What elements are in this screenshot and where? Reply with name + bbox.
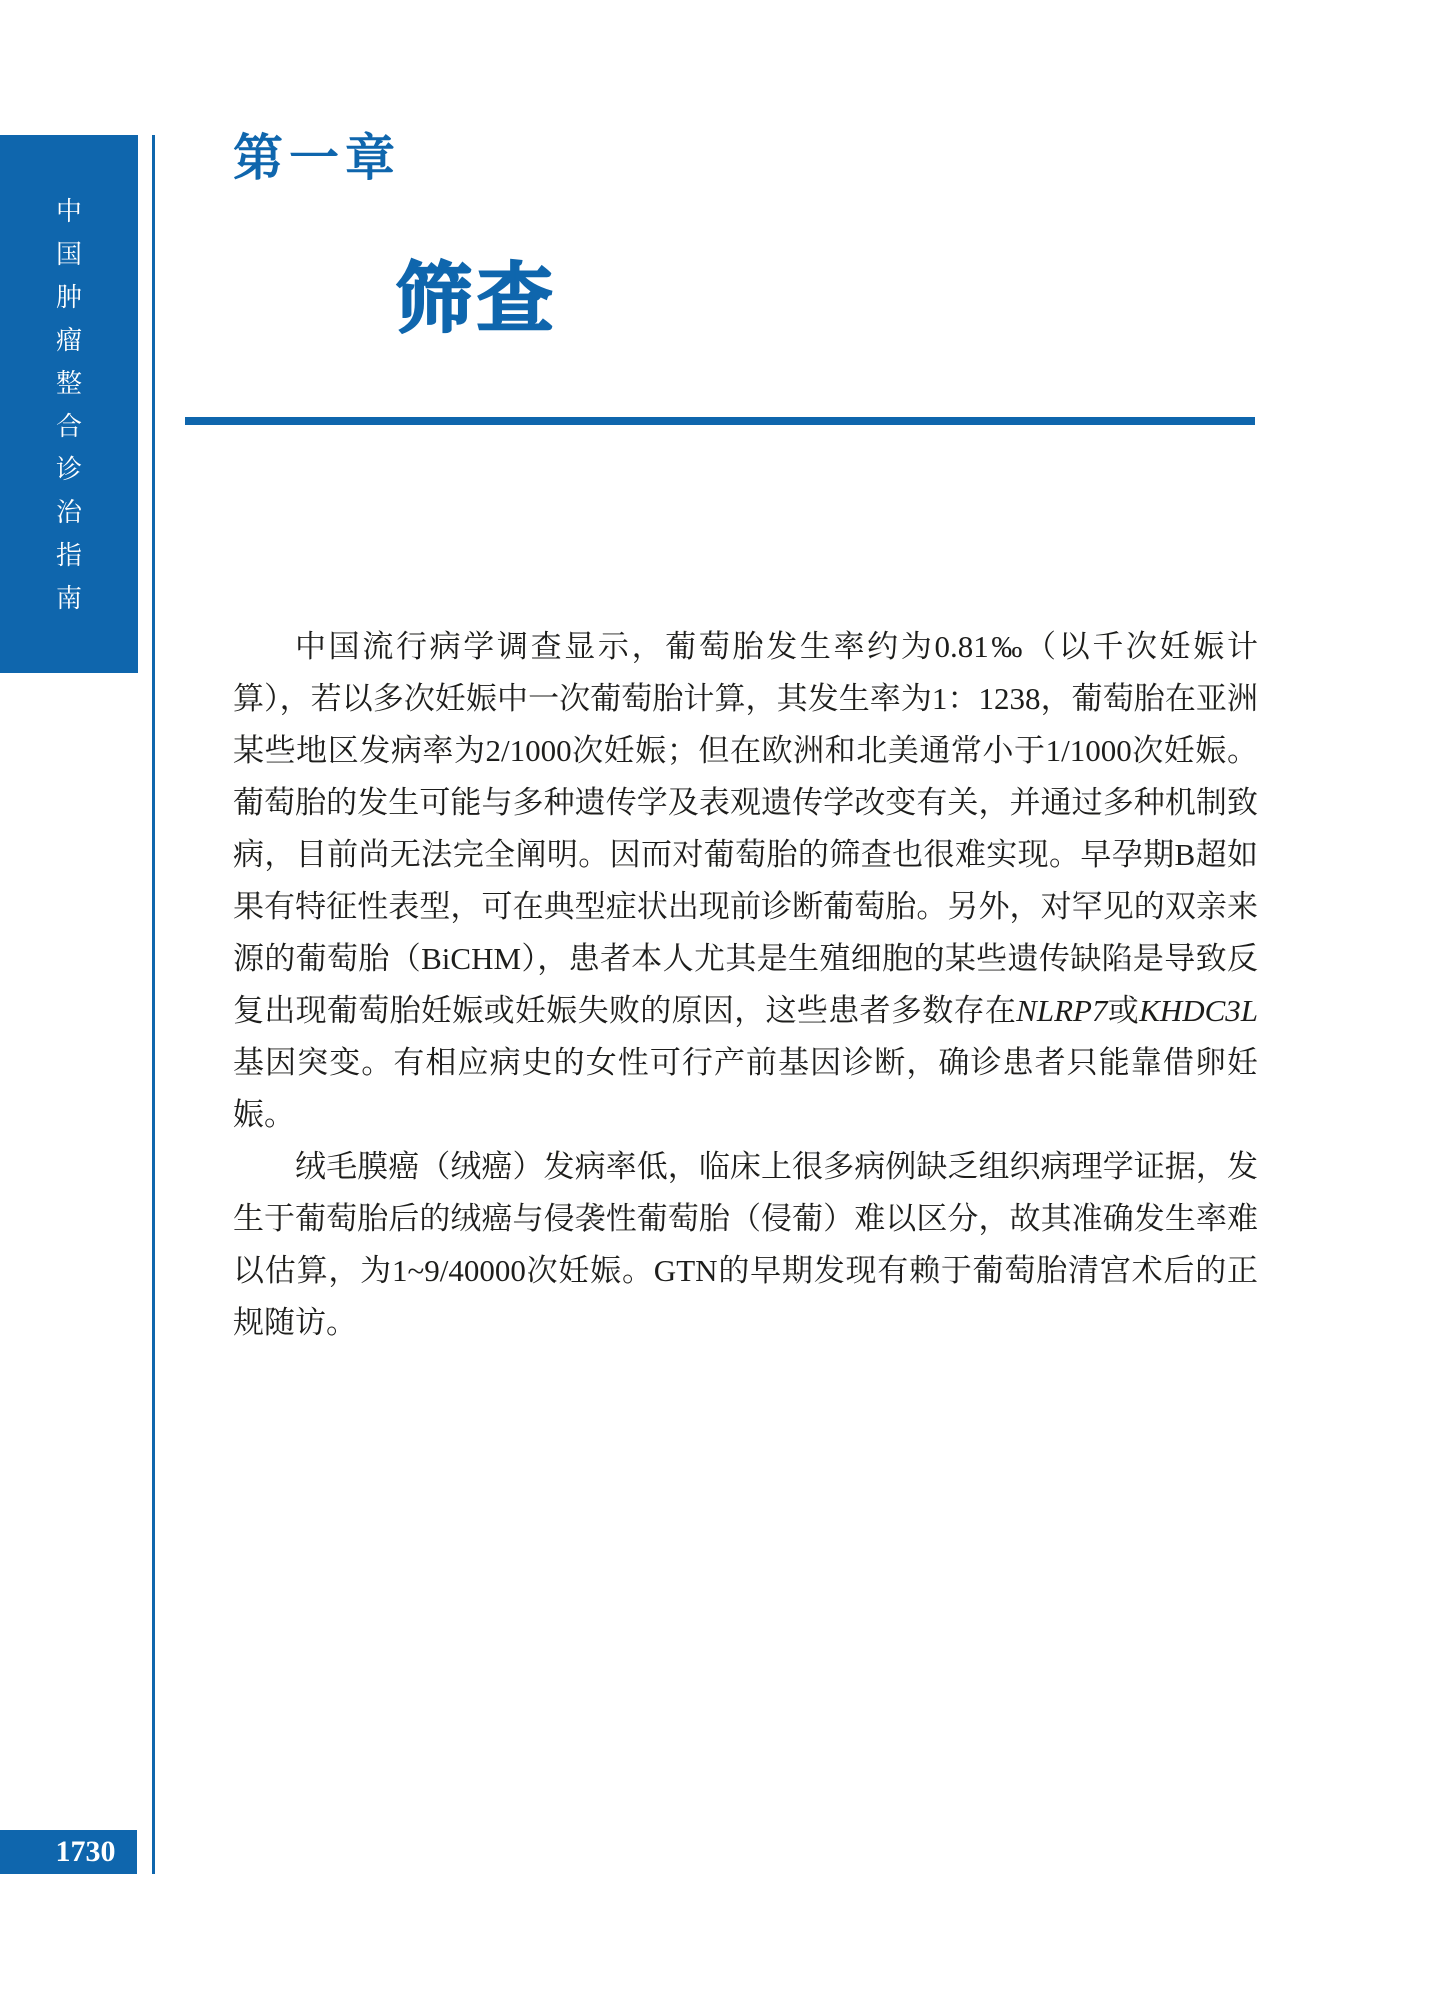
- book-page: 中国肿瘤整合诊治指南 第一章 筛查 中国流行病学调查显示，葡萄胎发生率约为0.8…: [0, 0, 1444, 2010]
- chapter-title: 筛查: [396, 258, 558, 340]
- page-number-badge: 1730: [0, 1830, 137, 1874]
- chapter-number: 第一章: [233, 130, 401, 186]
- sidebar-title-char: 肿: [56, 285, 82, 311]
- sidebar-title-char: 南: [56, 586, 82, 612]
- sidebar-band: 中国肿瘤整合诊治指南: [0, 135, 138, 673]
- page-number: 1730: [56, 1837, 116, 1867]
- sidebar-title-char: 瘤: [56, 328, 82, 354]
- sidebar-title-char: 整: [56, 371, 82, 397]
- sidebar-title-char: 国: [56, 242, 82, 268]
- sidebar-title-char: 合: [56, 414, 82, 440]
- paragraph: 绒毛膜癌（绒癌）发病率低，临床上很多病例缺乏组织病理学证据，发生于葡萄胎后的绒癌…: [233, 1141, 1258, 1349]
- sidebar-title-char: 中: [56, 199, 82, 225]
- sidebar-title: 中国肿瘤整合诊治指南: [0, 199, 138, 612]
- sidebar-title-char: 指: [56, 543, 82, 569]
- chapter-rule: [185, 417, 1255, 425]
- vertical-rule: [152, 135, 155, 1874]
- paragraph: 中国流行病学调查显示，葡萄胎发生率约为0.81‰（以千次妊娠计算），若以多次妊娠…: [233, 621, 1258, 1141]
- body-text: 中国流行病学调查显示，葡萄胎发生率约为0.81‰（以千次妊娠计算），若以多次妊娠…: [233, 621, 1258, 1349]
- sidebar-title-char: 诊: [56, 457, 82, 483]
- sidebar-title-char: 治: [56, 500, 82, 526]
